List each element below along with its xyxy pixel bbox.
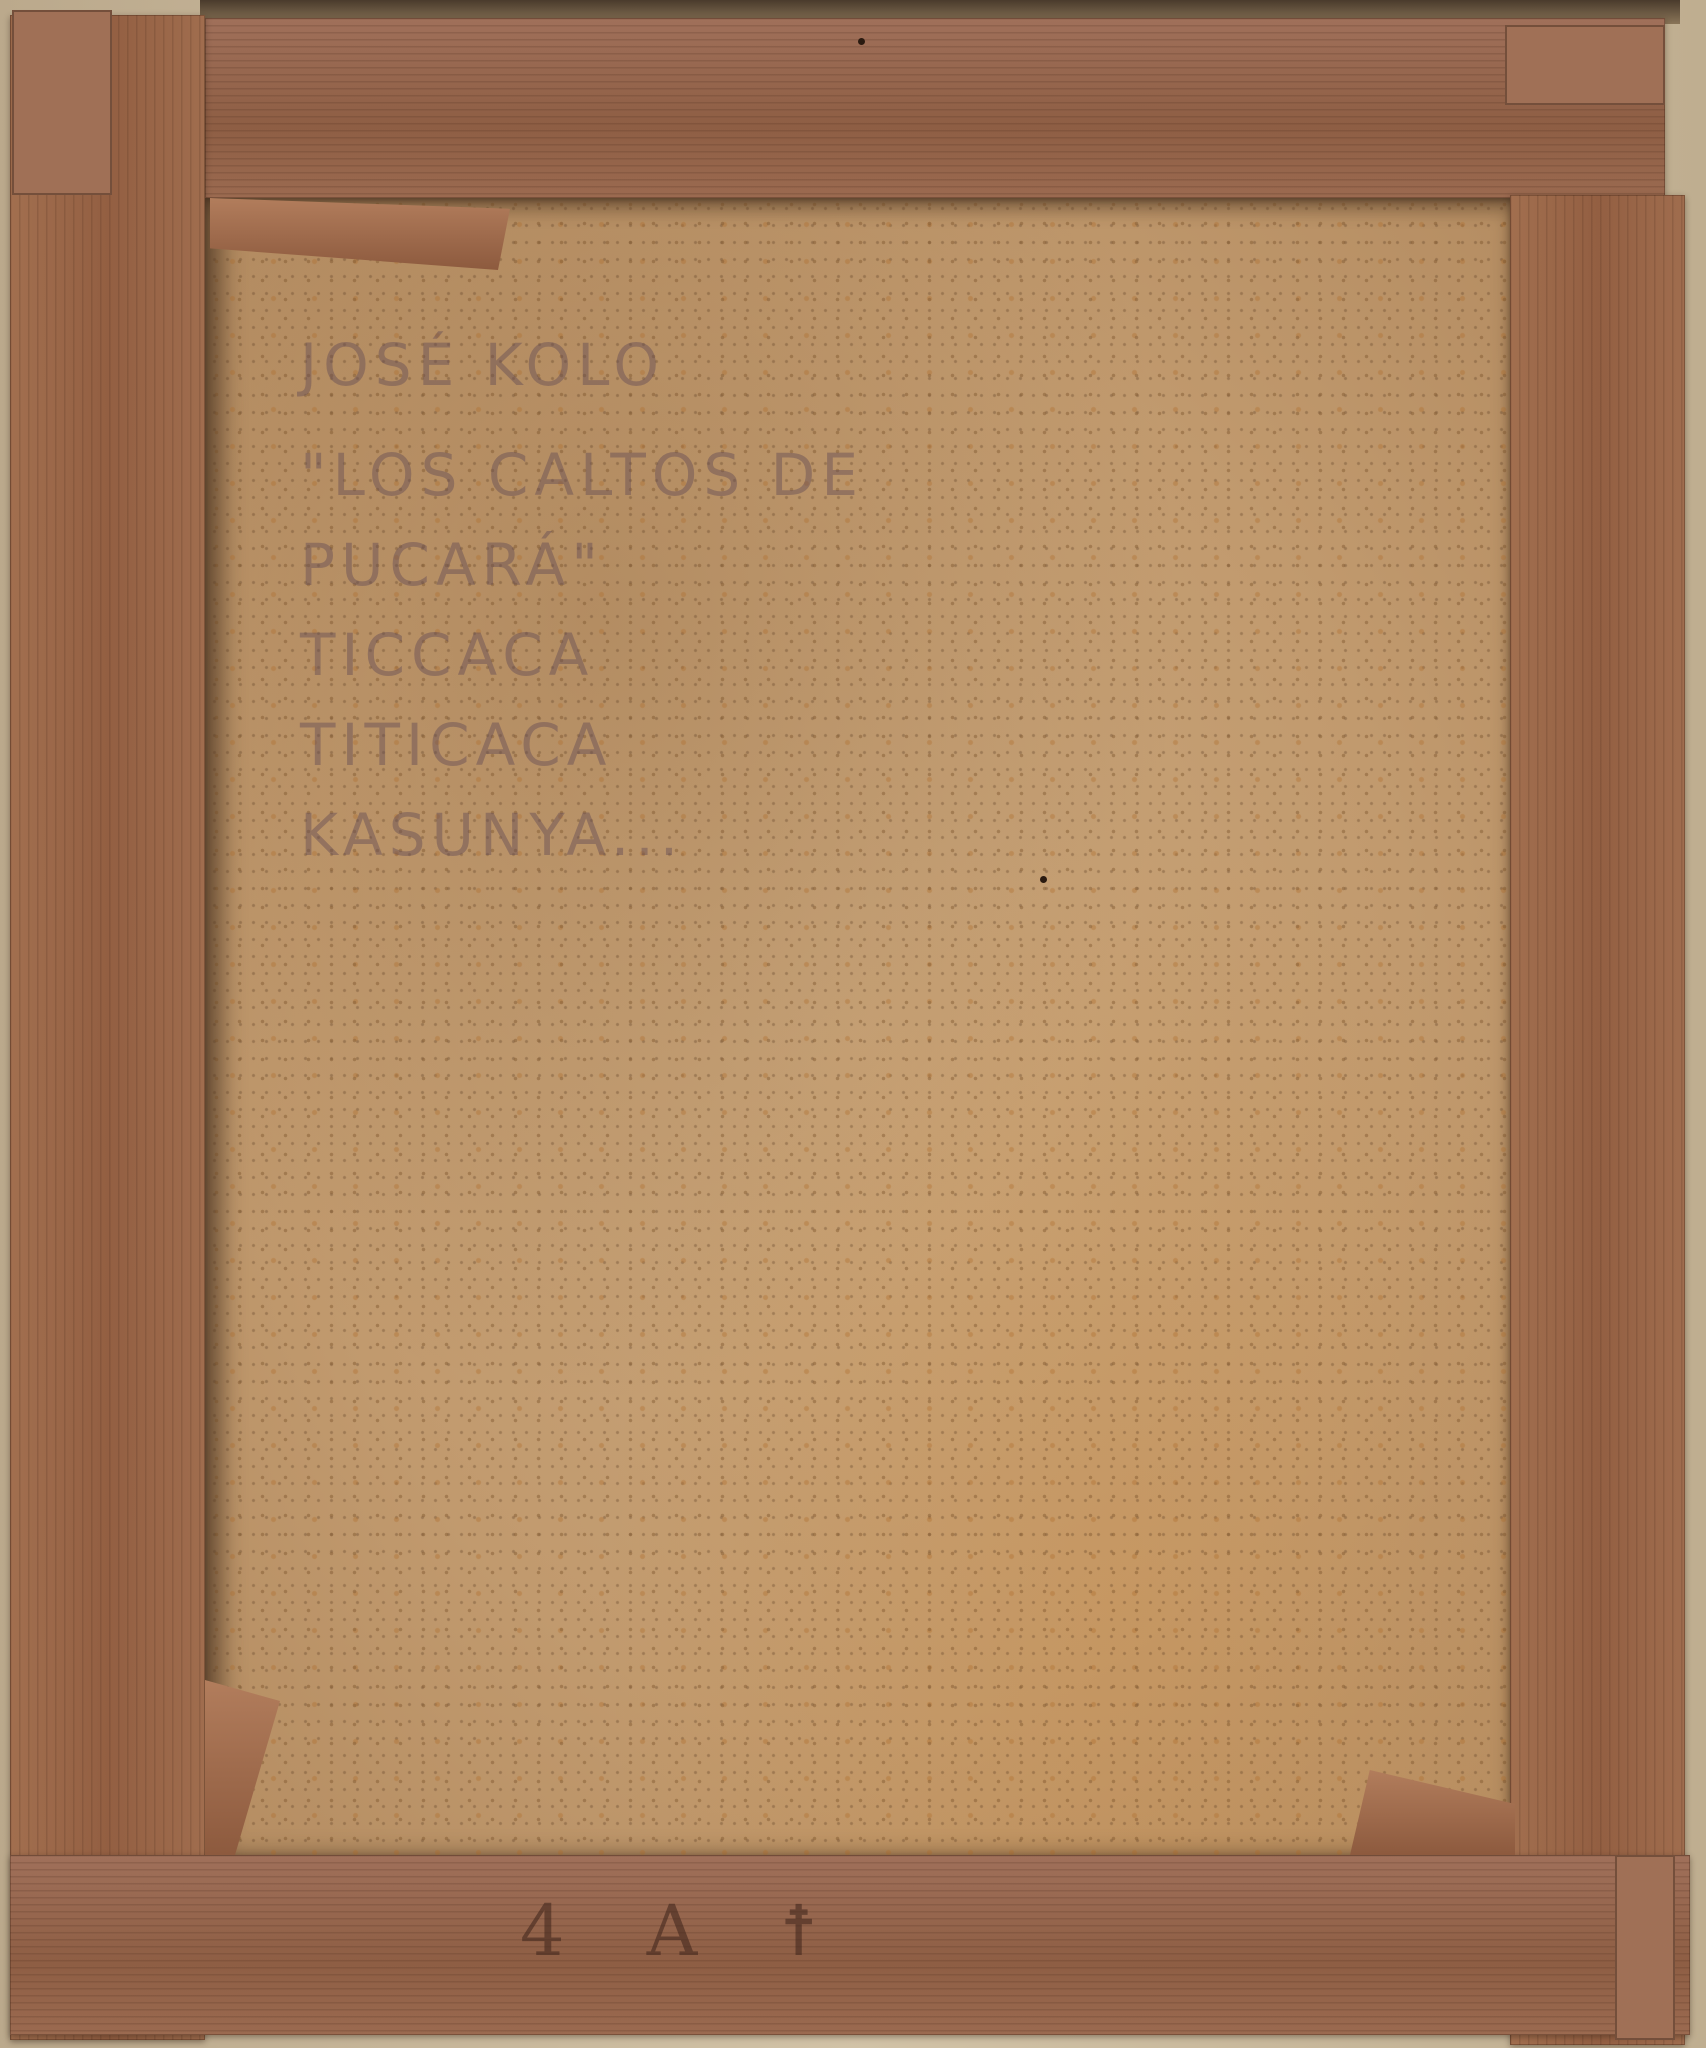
stretcher-corner-top-right: [1505, 25, 1665, 105]
inscription-line-5: Titicaca: [300, 700, 864, 790]
inscription-title-1: "Los Caltos de: [300, 430, 864, 520]
handwritten-inscriptions: José Kolo "Los Caltos de Pucará" Ticcaca…: [300, 320, 864, 880]
inscription-artist: José Kolo: [300, 320, 864, 410]
inscription-title-2: Pucará": [300, 520, 864, 610]
bottom-bar-pencil-marks: 4 A ☨: [520, 1890, 848, 1972]
inscription-line-6: Kasunya...: [300, 790, 864, 880]
stretcher-bar-left: [10, 15, 205, 2040]
painting-back-photo: José Kolo "Los Caltos de Pucará" Ticcaca…: [0, 0, 1706, 2048]
nail-hole: [858, 38, 865, 45]
stretcher-corner-top-left: [12, 10, 112, 195]
stretcher-bar-bottom: [10, 1855, 1690, 2035]
stretcher-bar-top: [205, 18, 1665, 198]
stretcher-bar-right: [1510, 195, 1685, 2045]
nail-hole: [1040, 876, 1047, 883]
inscription-line-4: Ticcaca: [300, 610, 864, 700]
stretcher-corner-bottom-right: [1615, 1855, 1675, 2040]
